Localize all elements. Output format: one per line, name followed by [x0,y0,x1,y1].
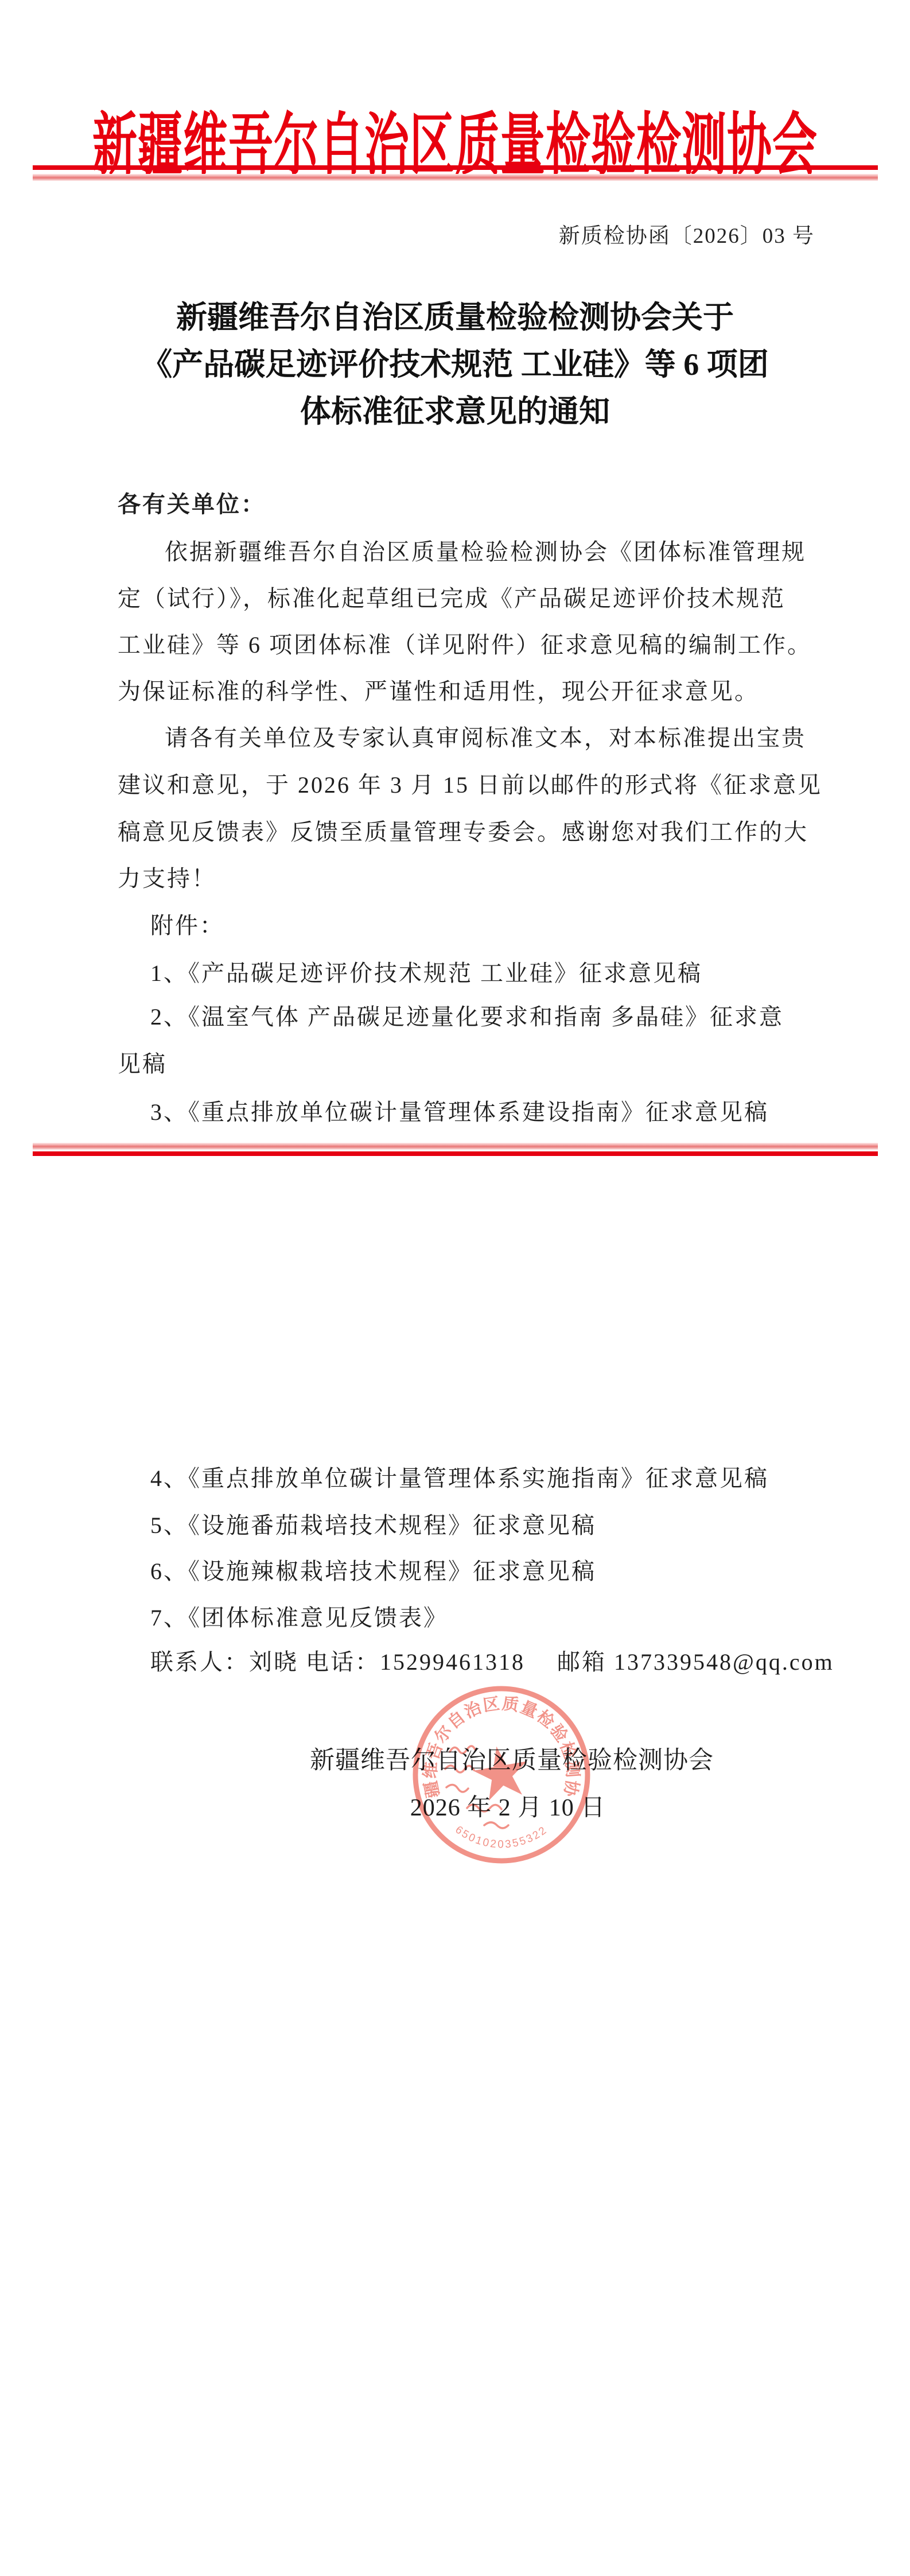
paragraph2-line1: 请各有关单位及专家认真审阅标准文本，对本标准提出宝贵 [165,724,806,752]
letterhead-rule-thick [33,165,878,170]
attachment-item-1: 1、《产品碳足迹评价技术规范 工业硅》征求意见稿 [150,960,702,987]
paragraph2-line4: 力支持！ [118,865,216,893]
official-seal-icon: 新疆维吾尔自治区质量检验检测协会 6501020355322 [409,1682,594,1868]
notice-title: 新疆维吾尔自治区质量检验检测协会关于 《产品碳足迹评价技术规范 工业硅》等 6 … [0,294,910,435]
attachment-item-7: 7、《团体标准意见反馈表》 [150,1604,448,1632]
notice-title-line3: 体标准征求意见的通知 [0,388,910,435]
footer-rule-thin [33,1143,878,1150]
attachment-item-5: 5、《设施番茄栽培技术规程》征求意见稿 [150,1512,596,1539]
paragraph2-line2: 建议和意见，于 2026 年 3 月 15 日前以邮件的形式将《征求意见 [118,771,822,799]
attachments-label: 附件： [150,912,224,940]
paragraph1-line3: 工业硅》等 6 项团体标准（详见附件）征求意见稿的编制工作。 [118,631,812,659]
paragraph1-line4: 为保证标准的科学性、严谨性和适用性，现公开征求意见。 [118,678,759,705]
salutation: 各有关单位： [118,491,266,518]
star-icon [469,1741,532,1802]
doc-number: 新质检协函〔2026〕03 号 [559,218,815,249]
letterhead-rule-thin [33,174,878,181]
notice-title-line1: 新疆维吾尔自治区质量检验检测协会关于 [0,294,910,341]
paragraph2-line3: 稿意见反馈表》反馈至质量管理专委会。感谢您对我们工作的大 [118,818,808,846]
notice-title-line2: 《产品碳足迹评价技术规范 工业硅》等 6 项团 [0,341,910,388]
footer-rule-thick [33,1151,878,1156]
contact-line: 联系人：刘晓 电话：15299461318 邮箱 137339548@qq.co… [150,1648,834,1676]
attachment-item-3: 3、《重点排放单位碳计量管理体系建设指南》征求意见稿 [150,1099,769,1126]
attachment-item-4: 4、《重点排放单位碳计量管理体系实施指南》征求意见稿 [150,1465,769,1492]
attachment-item-6: 6、《设施辣椒栽培技术规程》征求意见稿 [150,1558,596,1585]
paragraph1-line1: 依据新疆维吾尔自治区质量检验检测协会《团体标准管理规 [165,538,806,566]
attachment-item-2: 2、《温室气体 产品碳足迹量化要求和指南 多晶硅》征求意 [150,1003,784,1031]
paragraph1-line2: 定（试行）》，标准化起草组已完成《产品碳足迹评价技术规范 [118,585,785,612]
document-page: 新疆维吾尔自治区质量检验检测协会 新质检协函〔2026〕03 号 新疆维吾尔自治… [0,0,910,2576]
attachment-item-2-continuation: 见稿 [118,1050,167,1078]
